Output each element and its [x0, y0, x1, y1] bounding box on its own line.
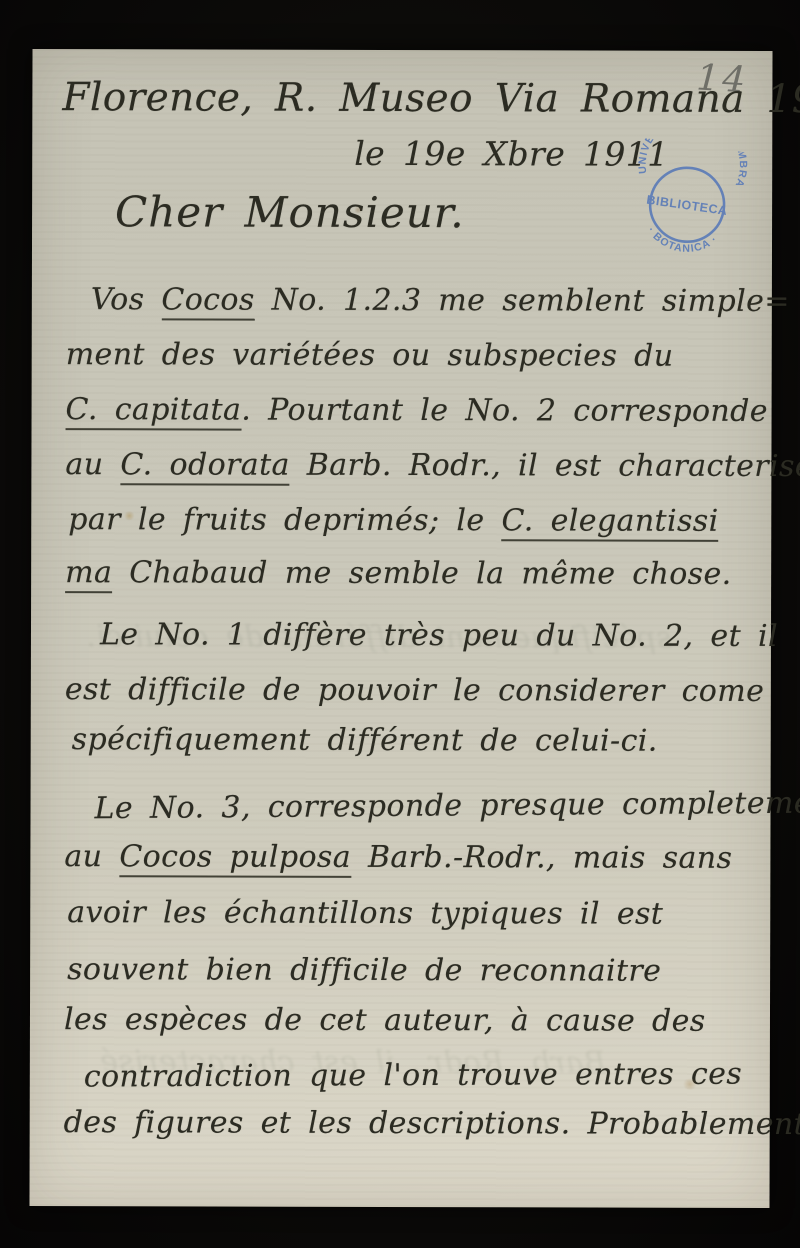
letter-text: Le No. 3, corresponde presque completeme…	[94, 785, 800, 826]
underlined-taxon: Cocos	[161, 282, 254, 320]
letter-text: Barb.-Rodr., mais sans	[351, 840, 732, 876]
letter-line: souvent bien difficile de reconnaitre	[67, 952, 661, 989]
letter-date: le 19e Xbre 1911	[354, 134, 668, 174]
letter-line: par le fruits deprimés; le C. elegantiss…	[68, 502, 718, 539]
letter-line: C. capitata. Pourtant le No. 2 correspon…	[66, 392, 768, 429]
letter-text: avoir les échantillons typiques il est	[67, 895, 663, 932]
stamp-center-text: BIBLIOTECA	[646, 193, 729, 218]
underlined-taxon: C. elegantissi	[501, 503, 718, 542]
letter-text: No. 1.2.3 me semblent simple=	[255, 283, 790, 319]
letter-text: ment des variétées ou subspecies du	[66, 337, 674, 374]
letter-line: au C. odorata Barb. Rodr., il est charac…	[65, 447, 800, 484]
letter-line: spécifiquement différent de celui-ci.	[72, 722, 658, 759]
letter-line: Le No. 1 diffère très peu du No. 2, et i…	[100, 617, 778, 654]
date-text: le 19e Xbre 1911	[354, 134, 668, 174]
letter-line: des figures et les descriptions. Probabl…	[64, 1105, 800, 1142]
letter-salutation: Cher Monsieur.	[115, 187, 465, 237]
underlined-taxon: ma	[65, 555, 112, 593]
letter-text: spécifiquement différent de celui-ci.	[72, 722, 658, 759]
letter-line: au Cocos pulposa Barb.-Rodr., mais sans	[64, 839, 732, 876]
letter-text: Le No. 1 diffère très peu du No. 2, et i…	[100, 617, 778, 654]
underlined-taxon: C. capitata	[66, 392, 242, 430]
letter-text: des figures et les descriptions. Probabl…	[64, 1105, 800, 1142]
letter-line: contradiction que l'on trouve entres ces	[84, 1057, 742, 1095]
letter-text: au	[65, 447, 120, 482]
letter-heading: Florence, R. Museo Via Romana 19.	[62, 75, 800, 122]
letter-line: Vos Cocos No. 1.2.3 me semblent simple=	[91, 282, 790, 319]
stamp-ring-top-text: UNIVERSIDADE DE COIMBRA	[635, 137, 755, 190]
letter-text: les espèces de cet auteur, à cause des	[64, 1002, 706, 1039]
underlined-taxon: Cocos pulposa	[119, 839, 351, 878]
letter-line: Le No. 3, corresponde presque completeme…	[94, 785, 800, 826]
library-stamp: UNIVERSIDADE DE COIMBRA · BOTANICA · BIB…	[619, 137, 755, 273]
letter-text: contradiction que l'on trouve entres ces	[84, 1057, 742, 1095]
letter-text: par le fruits deprimés; le	[68, 502, 501, 538]
letter-text: est difficile de pouvoir le considerer c…	[65, 672, 765, 709]
letter-page: 14 Florence, R. Museo Via Romana 19. le …	[29, 49, 772, 1208]
letter-line: les espèces de cet auteur, à cause des	[64, 1002, 706, 1039]
letter-text: Vos	[91, 282, 162, 317]
letter-text: au	[64, 839, 119, 874]
heading-text: Florence, R. Museo Via Romana 19.	[62, 75, 800, 122]
letter-line: avoir les échantillons typiques il est	[67, 895, 663, 932]
letter-text: . Pourtant le No. 2 corresponde	[241, 393, 768, 429]
letter-line: est difficile de pouvoir le considerer c…	[65, 672, 765, 709]
letter-text: Chabaud me semble la même chose.	[112, 555, 731, 592]
letter-line: ma Chabaud me semble la même chose.	[65, 555, 732, 592]
letter-line: ment des variétées ou subspecies du	[66, 337, 674, 374]
letter-text: souvent bien difficile de reconnaitre	[67, 952, 661, 989]
letter-text: Barb. Rodr., il est characterisé	[290, 448, 800, 484]
salutation-text: Cher Monsieur.	[115, 187, 465, 237]
underlined-taxon: C. odorata	[120, 447, 290, 485]
